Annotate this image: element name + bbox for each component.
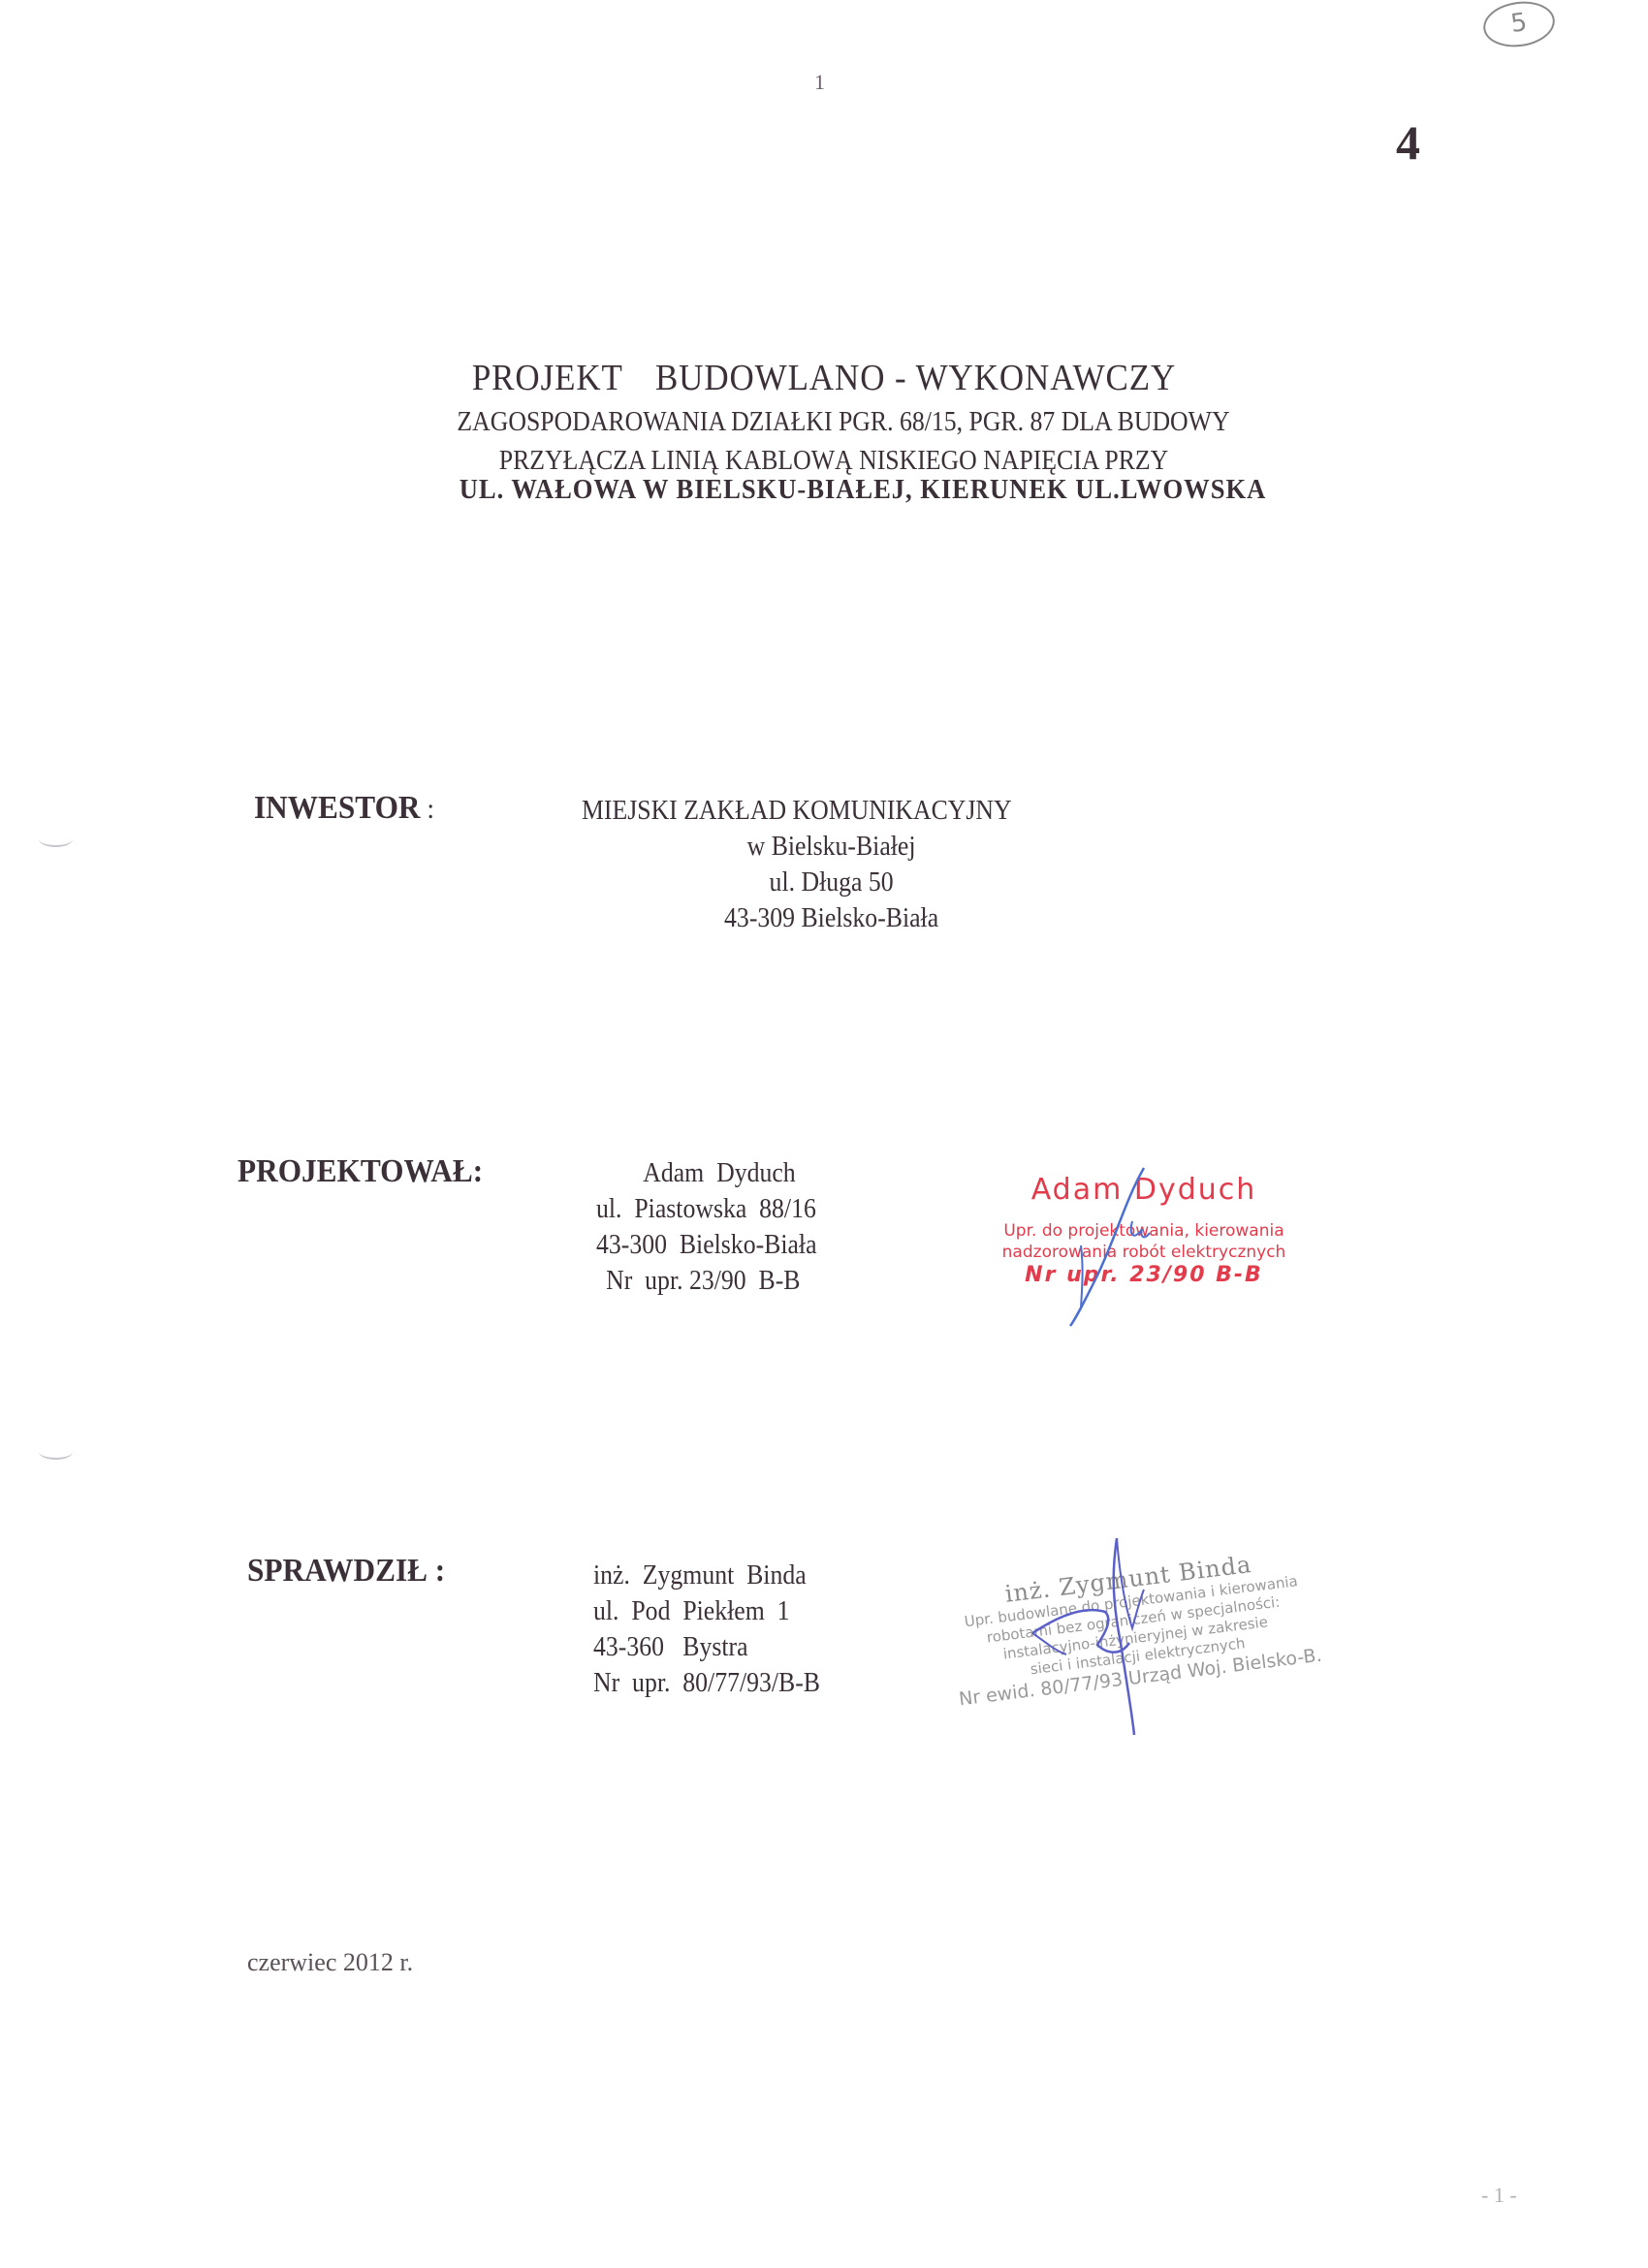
circled-page-number: 5 bbox=[1480, 0, 1558, 51]
checker-line: Nr upr. 80/77/93/B-B bbox=[593, 1665, 820, 1701]
investor-label-colon: : bbox=[421, 793, 435, 825]
investor-label: INWESTOR : bbox=[254, 790, 434, 827]
investor-line: w Bielsku-Białej bbox=[582, 829, 1081, 865]
investor-label-text: INWESTOR bbox=[254, 790, 421, 826]
sheet-number: 4 bbox=[1396, 114, 1420, 171]
checker-stamp: inż. Zygmunt Binda Upr. budowlane do pro… bbox=[905, 1538, 1363, 1716]
checker-label: SPRAWDZIŁ : bbox=[247, 1553, 445, 1590]
designer-line: Nr upr. 23/90 B-B bbox=[596, 1263, 817, 1299]
checker-address: inż. Zygmunt Binda ul. Pod Piekłem 1 43-… bbox=[593, 1558, 820, 1701]
investor-line: MIEJSKI ZAKŁAD KOMUNIKACYJNY bbox=[582, 793, 1081, 829]
designer-line: 43-300 Bielsko-Biała bbox=[596, 1227, 817, 1263]
designer-address: Adam Dyduch ul. Piastowska 88/16 43-300 … bbox=[596, 1155, 817, 1299]
checker-line: 43-360 Bystra bbox=[593, 1629, 820, 1665]
designer-label: PROJEKTOWAŁ: bbox=[238, 1153, 483, 1190]
investor-line: ul. Długa 50 bbox=[582, 865, 1081, 900]
stamp-line: Upr. do projektowania, kierowania bbox=[979, 1220, 1309, 1242]
document-date: czerwiec 2012 r. bbox=[247, 1948, 413, 1977]
designer-line: Adam Dyduch bbox=[596, 1155, 817, 1191]
designer-stamp: Adam Dyduch Upr. do projektowania, kiero… bbox=[979, 1173, 1309, 1287]
stamp-number: Nr upr. 23/90 B-B bbox=[979, 1263, 1309, 1287]
title-part-2: BUDOWLANO - WYKONAWCZY bbox=[655, 358, 1176, 398]
stamp-line: nadzorowania robót elektrycznych bbox=[979, 1242, 1309, 1263]
scan-mark bbox=[39, 1444, 73, 1460]
page-number-top: 1 bbox=[814, 70, 825, 95]
designer-line: ul. Piastowska 88/16 bbox=[596, 1191, 817, 1227]
document-title: PROJEKTBUDOWLANO - WYKONAWCZY bbox=[66, 357, 1582, 399]
stamp-name: Adam Dyduch bbox=[979, 1173, 1309, 1207]
investor-address: MIEJSKI ZAKŁAD KOMUNIKACYJNY w Bielsku-B… bbox=[582, 793, 1081, 936]
handwritten-page-number: - 1 - bbox=[1481, 2183, 1517, 2208]
title-part-1: PROJEKT bbox=[472, 358, 623, 398]
title-line-3: PRZYŁĄCZA LINIĄ KABLOWĄ NISKIEGO NAPIĘCI… bbox=[76, 446, 1592, 477]
scan-mark bbox=[39, 832, 73, 847]
checker-line: inż. Zygmunt Binda bbox=[593, 1558, 820, 1593]
checker-line: ul. Pod Piekłem 1 bbox=[593, 1593, 820, 1629]
title-line-2: ZAGOSPODAROWANIA DZIAŁKI PGR. 68/15, PGR… bbox=[85, 407, 1601, 438]
investor-line: 43-309 Bielsko-Biała bbox=[582, 900, 1081, 936]
title-line-4: UL. WAŁOWA W BIELSKU-BIAŁEJ, KIERUNEK UL… bbox=[80, 475, 1646, 506]
